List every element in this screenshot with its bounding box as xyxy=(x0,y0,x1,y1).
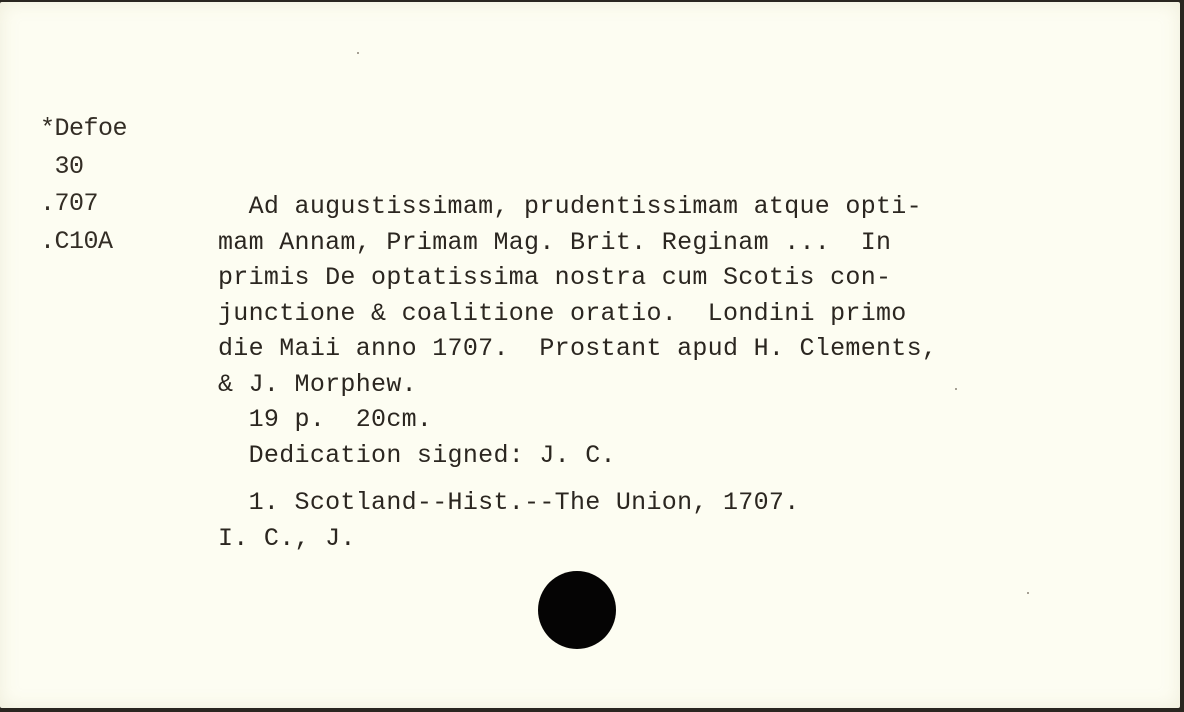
punch-hole xyxy=(538,571,616,649)
paper-speck xyxy=(357,52,359,54)
title-block: Ad augustissimam, prudentissimam atque o… xyxy=(218,189,937,402)
catalog-card: *Defoe 30 .707 .C10A Ad augustissimam, p… xyxy=(0,2,1180,708)
author-tracing: I. C., J. xyxy=(218,521,937,557)
title-line: junctione & coalitione oratio. Londini p… xyxy=(218,296,937,332)
bibliographic-description: Ad augustissimam, prudentissimam atque o… xyxy=(218,189,937,556)
call-number-line: .707 xyxy=(40,185,127,223)
title-line: primis De optatissima nostra cum Scotis … xyxy=(218,260,937,296)
title-line: die Maii anno 1707. Prostant apud H. Cle… xyxy=(218,331,937,367)
title-line: & J. Morphew. xyxy=(218,367,937,403)
collation-line: 19 p. 20cm. xyxy=(218,402,937,438)
collation: 19 p. 20cm. Dedication signed: J. C. xyxy=(218,402,937,473)
subject-tracing: 1. Scotland--Hist.--The Union, 1707. xyxy=(218,485,937,521)
call-number-line: .C10A xyxy=(40,223,127,261)
paper-speck xyxy=(955,388,957,390)
call-number: *Defoe 30 .707 .C10A xyxy=(40,110,127,260)
call-number-line: 30 xyxy=(40,148,127,186)
note-line: Dedication signed: J. C. xyxy=(218,438,937,474)
title-line: mam Annam, Primam Mag. Brit. Reginam ...… xyxy=(218,225,937,261)
call-number-line: *Defoe xyxy=(40,110,127,148)
paper-speck xyxy=(1027,592,1029,594)
tracings: 1. Scotland--Hist.--The Union, 1707. I. … xyxy=(218,485,937,556)
title-line: Ad augustissimam, prudentissimam atque o… xyxy=(218,189,937,225)
